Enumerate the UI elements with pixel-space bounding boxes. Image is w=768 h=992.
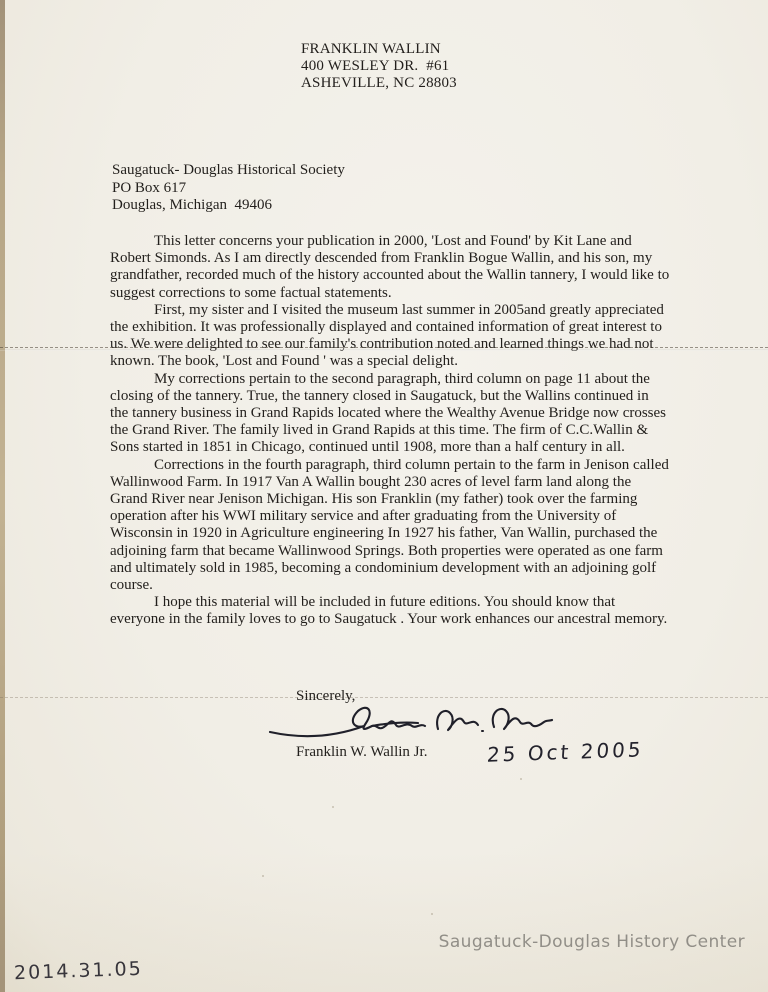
archive-watermark: Saugatuck-Douglas History Center <box>439 932 745 952</box>
sender-address-line1: 400 WESLEY DR. #61 <box>301 58 449 74</box>
paragraph-1: This letter concerns your publication in… <box>110 233 670 302</box>
recipient-line2: PO Box 617 <box>112 180 186 196</box>
handwritten-signature <box>268 699 554 747</box>
recipient-line3: Douglas, Michigan 49406 <box>112 197 272 213</box>
scanned-letter-page: FRANKLIN WALLIN 400 WESLEY DR. #61 ASHEV… <box>0 0 768 992</box>
typed-signature-name: Franklin W. Wallin Jr. <box>296 744 427 761</box>
sender-address-line2: ASHEVILLE, NC 28803 <box>301 75 457 91</box>
accession-number: 2014.31.05 <box>14 958 143 984</box>
paragraph-2: First, my sister and I visited the museu… <box>110 302 670 371</box>
recipient-address-block: Saugatuck- Douglas Historical Society PO… <box>112 162 345 215</box>
paragraph-4: Corrections in the fourth paragraph, thi… <box>110 457 670 595</box>
paper-left-edge <box>0 0 5 992</box>
fold-crease-lower <box>0 697 768 698</box>
paper-speck <box>332 806 334 808</box>
sender-name: FRANKLIN WALLIN <box>301 41 441 57</box>
sender-address-block: FRANKLIN WALLIN 400 WESLEY DR. #61 ASHEV… <box>301 41 457 92</box>
paper-speck <box>262 875 264 877</box>
recipient-line1: Saugatuck- Douglas Historical Society <box>112 162 345 178</box>
paper-speck <box>520 778 522 780</box>
handwritten-date: 25 Oct 2005 <box>486 737 644 767</box>
paper-speck <box>431 913 433 915</box>
paragraph-5: I hope this material will be included in… <box>110 594 670 628</box>
letter-body: This letter concerns your publication in… <box>110 233 670 629</box>
paragraph-3: My corrections pertain to the second par… <box>110 371 670 457</box>
